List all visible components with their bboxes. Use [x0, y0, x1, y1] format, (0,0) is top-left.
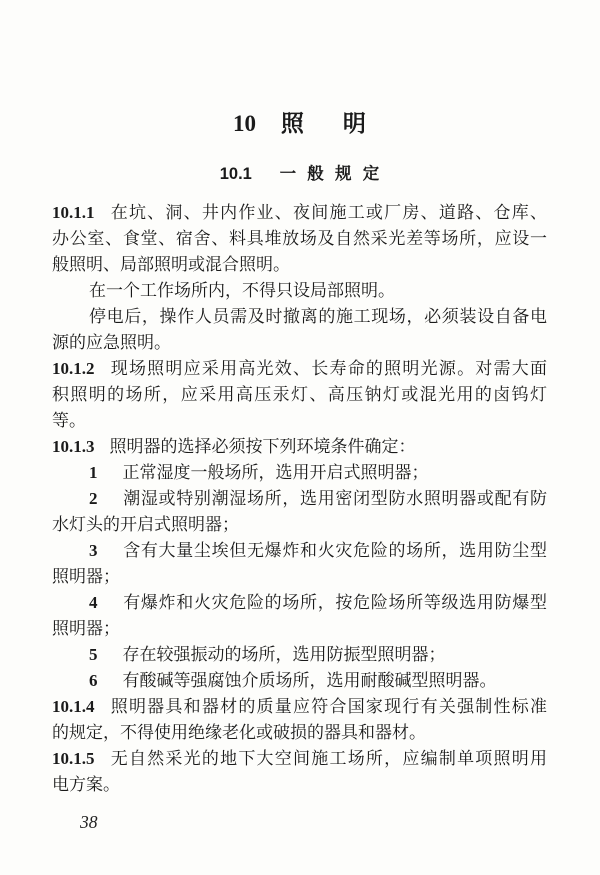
text-line: 10.1.4照明器具和器材的质量应符合国家现行有关强制性标准	[52, 694, 547, 720]
text-line: 等。	[52, 408, 547, 434]
list-item: 4有爆炸和火灾危险的场所，按危险场所等级选用防爆型	[52, 590, 547, 616]
document-page: 10 照明 10.1 一般规定 10.1.1在坑、洞、井内作业、夜间施工或厂房、…	[0, 0, 600, 875]
text-line: 10.1.2现场照明应采用高光效、长寿命的照明光源。对需大面	[52, 356, 547, 382]
text-line: 水灯头的开启式照明器；	[52, 512, 547, 538]
line-text: 源的应急照明。	[52, 333, 171, 352]
line-text: 潮湿或特别潮湿场所，选用密闭型防水照明器或配有防	[123, 489, 548, 508]
line-text: 正常湿度一般场所，选用开启式照明器；	[123, 463, 429, 482]
chapter-title: 10 照明	[52, 110, 547, 137]
line-text: 的规定，不得使用绝缘老化或破损的器具和器材。	[52, 723, 426, 742]
line-text: 水灯头的开启式照明器；	[52, 515, 239, 534]
clause-number: 10.1.4	[52, 697, 95, 716]
text-line: 照明器；	[52, 564, 547, 590]
chapter-number: 10	[233, 111, 256, 136]
item-number: 6	[89, 671, 98, 690]
line-text: 电方案。	[52, 775, 120, 794]
line-text: 无自然采光的地下大空间施工场所，应编制单项照明用	[110, 749, 548, 768]
text-line: 电方案。	[52, 772, 547, 798]
line-text: 照明器；	[52, 619, 120, 638]
text-line: 办公室、食堂、宿舍、料具堆放场及自然采光差等场所，应设一	[52, 226, 547, 252]
line-text: 在坑、洞、井内作业、夜间施工或厂房、道路、仓库、	[110, 203, 548, 222]
list-item: 5存在较强振动的场所，选用防振型照明器；	[52, 642, 547, 668]
text-line: 般照明、局部照明或混合照明。	[52, 252, 547, 278]
text-line: 源的应急照明。	[52, 330, 547, 356]
section-name: 一般规定	[280, 165, 391, 183]
line-text: 般照明、局部照明或混合照明。	[52, 255, 290, 274]
section-number: 10.1	[220, 165, 252, 183]
clause-number: 10.1.5	[52, 749, 95, 768]
item-number: 4	[89, 593, 98, 612]
clause-number: 10.1.1	[52, 203, 95, 222]
line-text: 在一个工作场所内，不得只设局部照明。	[89, 281, 395, 300]
line-text: 有酸碱等强腐蚀介质场所，选用耐酸碱型照明器。	[123, 671, 497, 690]
text-line: 在一个工作场所内，不得只设局部照明。	[52, 278, 547, 304]
line-text: 照明器具和器材的质量应符合国家现行有关强制性标准	[110, 697, 548, 716]
item-number: 1	[89, 463, 98, 482]
line-text: 含有大量尘埃但无爆炸和火灾危险的场所，选用防尘型	[123, 541, 548, 560]
item-number: 2	[89, 489, 98, 508]
clause-number: 10.1.2	[52, 359, 95, 378]
chapter-name: 照明	[281, 110, 405, 136]
clause-number: 10.1.3	[52, 437, 95, 456]
item-number: 3	[89, 541, 98, 560]
list-item: 1正常湿度一般场所，选用开启式照明器；	[52, 460, 547, 486]
text-line: 停电后，操作人员需及时撤离的施工现场，必须装设自备电	[52, 304, 547, 330]
line-text: 等。	[52, 411, 86, 430]
body-text: 10.1.1在坑、洞、井内作业、夜间施工或厂房、道路、仓库、 办公室、食堂、宿舍…	[52, 200, 547, 798]
list-item: 3含有大量尘埃但无爆炸和火灾危险的场所，选用防尘型	[52, 538, 547, 564]
text-line: 10.1.3照明器的选择必须按下列环境条件确定：	[52, 434, 547, 460]
text-line: 的规定，不得使用绝缘老化或破损的器具和器材。	[52, 720, 547, 746]
line-text: 存在较强振动的场所，选用防振型照明器；	[123, 645, 446, 664]
list-item: 6有酸碱等强腐蚀介质场所，选用耐酸碱型照明器。	[52, 668, 547, 694]
line-text: 现场照明应采用高光效、长寿命的照明光源。对需大面	[110, 359, 548, 378]
page-number: 38	[80, 812, 98, 833]
line-text: 照明器；	[52, 567, 120, 586]
text-line: 积照明的场所，应采用高压汞灯、高压钠灯或混光用的卤钨灯	[52, 382, 547, 408]
line-text: 积照明的场所，应采用高压汞灯、高压钠灯或混光用的卤钨灯	[52, 385, 547, 404]
text-line: 照明器；	[52, 616, 547, 642]
list-item: 2潮湿或特别潮湿场所，选用密闭型防水照明器或配有防	[52, 486, 547, 512]
section-title: 10.1 一般规定	[52, 164, 547, 184]
item-number: 5	[89, 645, 98, 664]
line-text: 办公室、食堂、宿舍、料具堆放场及自然采光差等场所，应设一	[52, 229, 547, 248]
text-line: 10.1.1在坑、洞、井内作业、夜间施工或厂房、道路、仓库、	[52, 200, 547, 226]
line-text: 照明器的选择必须按下列环境条件确定：	[110, 437, 416, 456]
line-text: 停电后，操作人员需及时撤离的施工现场，必须装设自备电	[89, 307, 547, 326]
text-line: 10.1.5无自然采光的地下大空间施工场所，应编制单项照明用	[52, 746, 547, 772]
page-content: 10 照明 10.1 一般规定 10.1.1在坑、洞、井内作业、夜间施工或厂房、…	[0, 0, 600, 798]
line-text: 有爆炸和火灾危险的场所，按危险场所等级选用防爆型	[123, 593, 548, 612]
